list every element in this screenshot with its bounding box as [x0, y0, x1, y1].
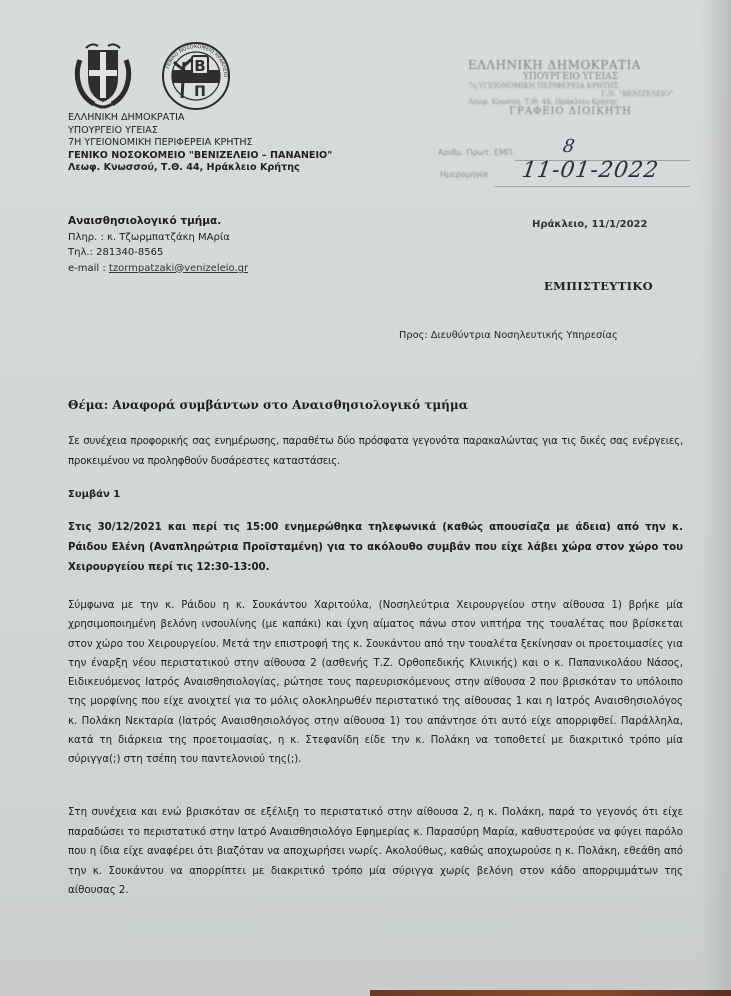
stamp-line-republic: ΕΛΛΗΝΙΚΗ ΔΗΜΟΚΡΑΤΙΑ [468, 58, 673, 72]
stamp-protocol-label: Αριθμ. Πρωτ. ΕΜΠ. [438, 148, 515, 157]
venizeleio-hospital-logo-icon: Β Π ΓΕΝΙΚΟ ΝΟΣΟΚΟΜΕΙΟ ΗΡΑΚΛΕΙΟΥ [160, 40, 232, 112]
phone-row: Τηλ.: 281340-8565 [68, 245, 248, 261]
sender-header: ΕΛΛΗΝΙΚΗ ΔΗΜΟΚΡΑΤΙΑ ΥΠΟΥΡΓΕΙΟ ΥΓΕΙΑΣ 7Η … [68, 112, 332, 175]
greek-state-emblem-icon [72, 40, 134, 110]
stamp-line-ministry: ΥΠΟΥΡΓΕΙΟ ΥΓΕΙΑΣ [468, 72, 673, 82]
desk-surface [370, 990, 731, 996]
intro-text: Σε συνέχεια προφορικής σας ενημέρωσης, π… [68, 432, 683, 471]
sender-line-ministry: ΥΠΟΥΡΓΕΙΟ ΥΓΕΙΑΣ [68, 125, 332, 138]
department-title: Αναισθησιολογικό τμήμα. [68, 214, 248, 230]
registry-stamp: ΕΛΛΗΝΙΚΗ ΔΗΜΟΚΡΑΤΙΑ ΥΠΟΥΡΓΕΙΟ ΥΓΕΙΑΣ 7η … [468, 58, 673, 117]
sender-line-republic: ΕΛΛΗΝΙΚΗ ΔΗΜΟΚΡΑΤΙΑ [68, 112, 332, 125]
incident-paragraph-1-text: Στις 30/12/2021 και περί τις 15:00 ενημε… [68, 518, 683, 578]
stamp-date-label: Ημερομηνία [440, 170, 488, 179]
phone-label: Τηλ.: [68, 247, 93, 258]
place-date: Ηράκλειο, 11/1/2022 [532, 219, 647, 230]
subject-heading: Θέμα: Αναφορά συμβάντων στο Αναισθησιολο… [68, 398, 468, 412]
stamp-line-region: 7η ΥΓΕΙΟΝΟΜΙΚΗ ΠΕΡΙΦΕΡΕΙΑ ΚΡΗΤΗΣ [468, 82, 673, 90]
phone-number: 281340-8565 [96, 247, 163, 258]
page-edge-shadow [701, 0, 731, 996]
sender-line-region: 7Η ΥΓΕΙΟΝΟΜΙΚΗ ΠΕΡΙΦΕΡΕΙΑ ΚΡΗΤΗΣ [68, 137, 332, 150]
handwritten-protocol-number: 8 [562, 136, 576, 157]
email-row: e-mail : tzormpatzaki@venizeleio.gr [68, 261, 248, 277]
email-label: e-mail : [68, 263, 106, 274]
incident-paragraph-3: Στη συνέχεια και ενώ βρισκόταν σε εξέλιξ… [68, 803, 683, 901]
incident-paragraph-2-text: Σύμφωνα με την κ. Ράιδου η κ. Σουκάντου … [68, 596, 683, 770]
recipient-line: Προς: Διευθύντρια Νοσηλευτικής Υπηρεσίας [399, 330, 618, 341]
incident-paragraph-1: Στις 30/12/2021 και περί τις 15:00 ενημε… [68, 518, 683, 578]
email-link[interactable]: tzormpatzaki@venizeleio.gr [109, 263, 248, 274]
classification-label: ΕΜΠΙΣΤΕΥΤΙΚΟ [544, 279, 653, 293]
contact-person-row: Πληρ. : κ. Τζωρμπατζάκη ΜΑρία [68, 230, 248, 246]
intro-paragraph: Σε συνέχεια προφορικής σας ενημέρωσης, π… [68, 432, 683, 471]
svg-text:Π: Π [194, 84, 206, 100]
svg-text:Β: Β [194, 57, 205, 75]
stamp-line-hospital: Γ.Ν. "ΒΕΝΙΖΕΛΕΙΟ" [468, 90, 673, 98]
stamp-line-office: ΓΡΑΦΕΙΟ ΔΙΟΙΚΗΤΗ [468, 106, 673, 117]
incident-heading: Συμβάν 1 [68, 489, 120, 500]
contact-person-label: Πληρ. : κ. [68, 232, 116, 243]
sender-line-hospital: ΓΕΝΙΚΟ ΝΟΣΟΚΟΜΕΙΟ "ΒΕΝΙΖΕΛΕΙΟ – ΠΑΝΑΝΕΙΟ… [68, 150, 332, 163]
contact-person-name: Τζωρμπατζάκη ΜΑρία [119, 232, 230, 243]
sender-line-address: Λεωφ. Κνωσσού, Τ.Θ. 44, Ηράκλειο Κρήτης [68, 162, 332, 175]
stamp-date-line [495, 186, 690, 187]
handwritten-date: 11-01-2022 [520, 158, 660, 183]
incident-paragraph-3-text: Στη συνέχεια και ενώ βρισκόταν σε εξέλιξ… [68, 803, 683, 901]
department-block: Αναισθησιολογικό τμήμα. Πληρ. : κ. Τζωρμ… [68, 214, 248, 276]
stamp-line-address: Λεωφ. Κνωσού, Τ.Θ. 44, Ηράκλειο Κρήτης [468, 98, 673, 106]
incident-paragraph-2: Σύμφωνα με την κ. Ράιδου η κ. Σουκάντου … [68, 596, 683, 770]
